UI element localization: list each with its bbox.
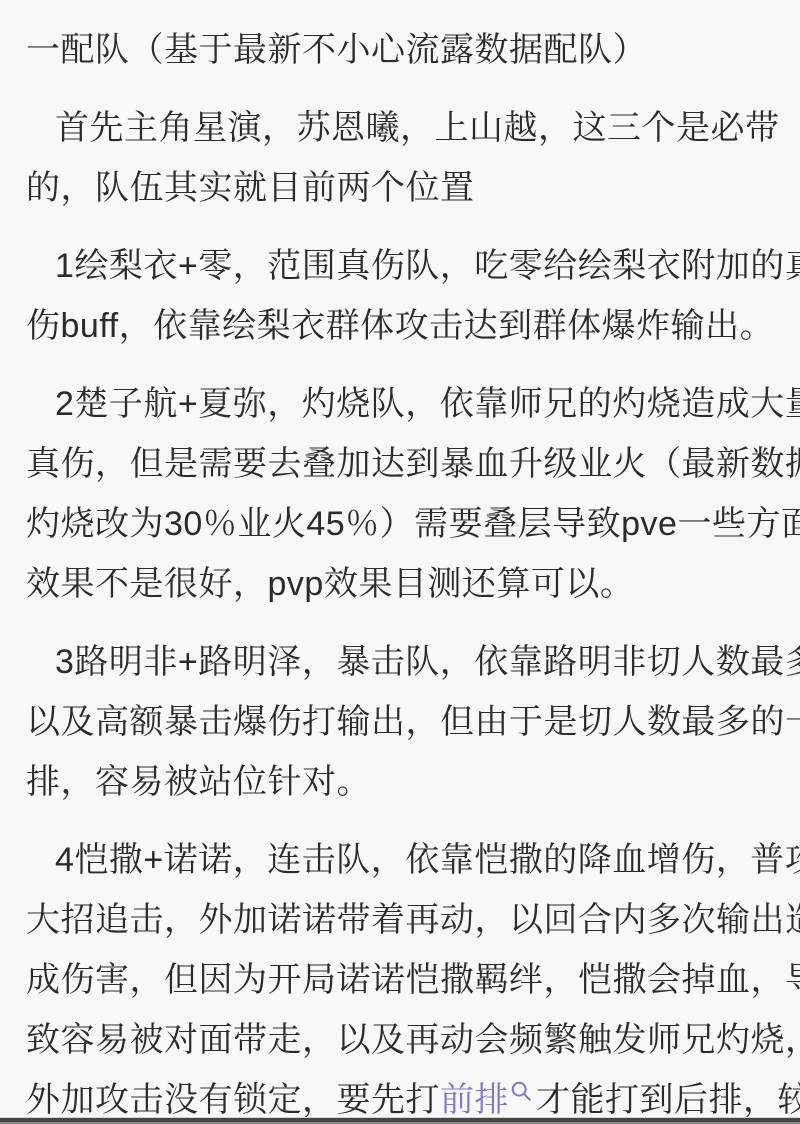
text-line: 排，容易被站位针对。 bbox=[26, 752, 774, 812]
link-line-post-text: 才能打到后排，较 bbox=[536, 1081, 800, 1119]
paragraph-intro: 首先主角星演，苏恩曦，上山越，这三个是必带 的，队伍其实就目前两个位置 bbox=[26, 98, 774, 218]
article-title: 一配队（基于最新不小心流露数据配队） bbox=[26, 20, 774, 80]
text-line: 以及高额暴击爆伤打输出，但由于是切人数最多的一 bbox=[26, 692, 774, 752]
text-line: 3路明非+路明泽，暴击队，依靠路明非切人数最多 bbox=[26, 632, 774, 692]
paragraph-team-4: 4恺撒+诺诺，连击队，依靠恺撒的降血增伤，普攻 大招追击，外加诺诺带着再动，以回… bbox=[26, 830, 774, 1124]
text-line-with-link: 外加攻击没有锁定，要先打前排 才能打到后排，较 bbox=[26, 1070, 774, 1124]
text-line: 首先主角星演，苏恩曦，上山越，这三个是必带 bbox=[26, 98, 774, 158]
text-line: 1绘梨衣+零，范围真伤队，吃零给绘梨衣附加的真 bbox=[26, 236, 774, 296]
text-line: 2楚子航+夏弥，灼烧队，依靠师兄的灼烧造成大量 bbox=[26, 374, 774, 434]
text-line: 伤buff，依靠绘梨衣群体攻击达到群体爆炸输出。 bbox=[26, 296, 774, 356]
text-line: 效果不是很好，pvp效果目测还算可以。 bbox=[26, 554, 774, 614]
text-line: 成伤害，但因为开局诺诺恺撒羁绊，恺撒会掉血，导 bbox=[26, 950, 774, 1010]
article-title-paragraph: 一配队（基于最新不小心流露数据配队） bbox=[26, 20, 774, 80]
keyword-link[interactable]: 前排 bbox=[440, 1081, 509, 1119]
paragraph-team-3: 3路明非+路明泽，暴击队，依靠路明非切人数最多 以及高额暴击爆伤打输出，但由于是… bbox=[26, 632, 774, 812]
bottom-divider-bar bbox=[0, 1117, 800, 1124]
text-line: 真伤，但是需要去叠加达到暴血升级业火（最新数据 bbox=[26, 434, 774, 494]
paragraph-team-2: 2楚子航+夏弥，灼烧队，依靠师兄的灼烧造成大量 真伤，但是需要去叠加达到暴血升级… bbox=[26, 374, 774, 614]
paragraph-team-1: 1绘梨衣+零，范围真伤队，吃零给绘梨衣附加的真 伤buff，依靠绘梨衣群体攻击达… bbox=[26, 236, 774, 356]
article-content: 一配队（基于最新不小心流露数据配队） 首先主角星演，苏恩曦，上山越，这三个是必带… bbox=[0, 0, 800, 1124]
search-icon[interactable] bbox=[510, 1080, 532, 1102]
text-line: 的，队伍其实就目前两个位置 bbox=[26, 158, 774, 218]
text-line: 致容易被对面带走，以及再动会频繁触发师兄灼烧， bbox=[26, 1010, 774, 1070]
text-line: 灼烧改为30％业火45％）需要叠层导致pve一些方面 bbox=[26, 494, 774, 554]
text-line: 4恺撒+诺诺，连击队，依靠恺撒的降血增伤，普攻 bbox=[26, 830, 774, 890]
text-line: 大招追击，外加诺诺带着再动，以回合内多次输出造 bbox=[26, 890, 774, 950]
link-line-pre-text: 外加攻击没有锁定，要先打 bbox=[26, 1081, 440, 1119]
